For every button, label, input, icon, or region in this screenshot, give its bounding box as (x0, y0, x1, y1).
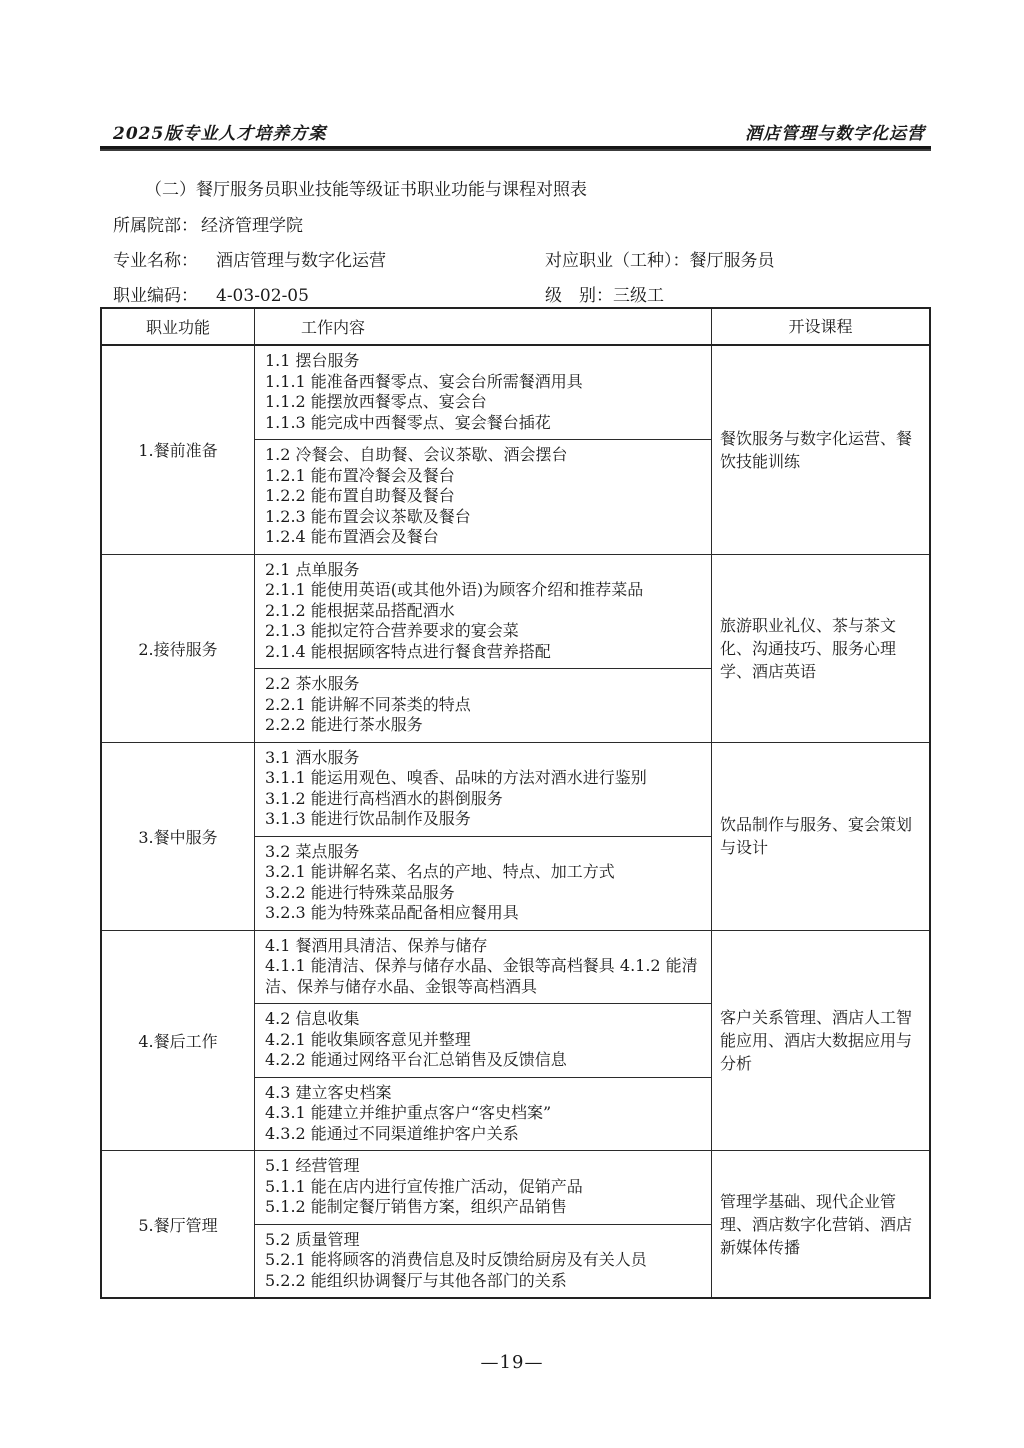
code-value: 4-03-02-05 (216, 286, 309, 306)
major-label: 专业名称： (113, 251, 198, 271)
page-number: —19— (0, 1352, 1024, 1373)
occupation-value: 餐厅服务员 (690, 251, 775, 271)
job-function-cell: 1.餐前准备 (102, 346, 255, 554)
code-label: 职业编码： (113, 286, 198, 306)
work-item: 2.2.2 能进行茶水服务 (265, 715, 701, 736)
major-value: 酒店管理与数字化运营 (216, 251, 386, 271)
meta-major-occupation: 专业名称：酒店管理与数字化运营 对应职业（工种）：餐厅服务员 (113, 246, 386, 271)
running-head-left: 2025版专业人才培养方案 (113, 119, 326, 144)
work-item: 3.1.3 能进行饮品制作及服务 (265, 809, 701, 830)
work-item: 2.1 点单服务 (265, 560, 701, 581)
header-double-rule (100, 146, 931, 151)
work-group: 4.1 餐酒用具清洁、保养与储存4.1.1 能清洁、保养与储存水晶、金银等高档餐… (255, 931, 711, 1005)
work-item: 1.1.2 能摆放西餐零点、宴会台 (265, 392, 701, 413)
department-value: 经济管理学院 (201, 216, 303, 236)
work-item: 5.1 经营管理 (265, 1156, 701, 1177)
work-item: 3.2.1 能讲解名菜、名点的产地、特点、加工方式 (265, 862, 701, 883)
work-item: 1.1 摆台服务 (265, 351, 701, 372)
work-item: 1.2 冷餐会、自助餐、会议茶歇、酒会摆台 (265, 445, 701, 466)
work-group: 3.1 酒水服务3.1.1 能运用观色、嗅香、品味的方法对酒水进行鉴别3.1.2… (255, 743, 711, 837)
work-item: 2.2 茶水服务 (265, 674, 701, 695)
job-function-cell: 4.餐后工作 (102, 931, 255, 1151)
work-item: 2.2.1 能讲解不同茶类的特点 (265, 695, 701, 716)
work-item: 4.2 信息收集 (265, 1009, 701, 1030)
work-item: 5.2 质量管理 (265, 1230, 701, 1251)
occupation-pair: 对应职业（工种）：餐厅服务员 (545, 246, 775, 271)
work-item: 2.1.3 能拟定符合营养要求的宴会菜 (265, 621, 701, 642)
table-row: 5.餐厅管理5.1 经营管理5.1.1 能在店内进行宣传推广活动，促销产品5.1… (102, 1151, 929, 1297)
table-row: 4.餐后工作4.1 餐酒用具清洁、保养与储存4.1.1 能清洁、保养与储存水晶、… (102, 931, 929, 1152)
header-work-content: 工作内容 (255, 309, 712, 344)
work-item: 2.1.2 能根据菜品搭配酒水 (265, 601, 701, 622)
courses-cell: 客户关系管理、酒店人工智能应用、酒店大数据应用与分析 (712, 931, 929, 1151)
courses-cell: 旅游职业礼仪、茶与茶文化、沟通技巧、服务心理学、酒店英语 (712, 555, 929, 742)
work-item: 1.1.1 能准备西餐零点、宴会台所需餐酒用具 (265, 372, 701, 393)
courses-cell: 餐饮服务与数字化运营、餐饮技能训练 (712, 346, 929, 554)
job-function-cell: 3.餐中服务 (102, 743, 255, 930)
work-group: 4.3 建立客史档案4.3.1 能建立并维护重点客户“客史档案”4.3.2 能通… (255, 1078, 711, 1151)
header-courses: 开设课程 (712, 309, 929, 344)
work-item: 4.1 餐酒用具清洁、保养与储存 (265, 936, 701, 957)
work-content-cell: 5.1 经营管理5.1.1 能在店内进行宣传推广活动，促销产品5.1.2 能制定… (255, 1151, 712, 1297)
work-item: 1.2.2 能布置自助餐及餐台 (265, 486, 701, 507)
courses-cell: 管理学基础、现代企业管理、酒店数字化营销、酒店新媒体传播 (712, 1151, 929, 1297)
work-item: 4.3.1 能建立并维护重点客户“客史档案” (265, 1103, 701, 1124)
work-item: 4.3.2 能通过不同渠道维护客户关系 (265, 1124, 701, 1145)
work-item: 4.2.2 能通过网络平台汇总销售及反馈信息 (265, 1050, 701, 1071)
work-item: 1.2.4 能布置酒会及餐台 (265, 527, 701, 548)
work-group: 3.2 菜点服务3.2.1 能讲解名菜、名点的产地、特点、加工方式3.2.2 能… (255, 837, 711, 930)
running-head-right: 酒店管理与数字化运营 (745, 119, 925, 144)
department-label: 所属院部： (113, 216, 198, 236)
work-item: 3.1.1 能运用观色、嗅香、品味的方法对酒水进行鉴别 (265, 768, 701, 789)
job-function-cell: 5.餐厅管理 (102, 1151, 255, 1297)
work-item: 3.2.3 能为特殊菜品配备相应餐用具 (265, 903, 701, 924)
work-item: 3.1 酒水服务 (265, 748, 701, 769)
work-item: 5.2.2 能组织协调餐厅与其他各部门的关系 (265, 1271, 701, 1292)
work-item: 3.2.2 能进行特殊菜品服务 (265, 883, 701, 904)
table-header-row: 职业功能 工作内容 开设课程 (102, 309, 929, 346)
document-page: { "page": { "header_left": "2025版专业人才培养方… (0, 0, 1024, 1448)
courses-cell: 饮品制作与服务、宴会策划与设计 (712, 743, 929, 930)
work-group: 4.2 信息收集4.2.1 能收集顾客意见并整理4.2.2 能通过网络平台汇总销… (255, 1004, 711, 1078)
meta-department: 所属院部：经济管理学院 (113, 211, 303, 236)
level-label: 级 别： (545, 286, 613, 306)
work-item: 4.2.1 能收集顾客意见并整理 (265, 1030, 701, 1051)
work-item: 5.2.1 能将顾客的消费信息及时反馈给厨房及有关人员 (265, 1250, 701, 1271)
job-function-cell: 2.接待服务 (102, 555, 255, 742)
section-title: （二）餐厅服务员职业技能等级证书职业功能与课程对照表 (145, 175, 587, 200)
work-group: 1.1 摆台服务1.1.1 能准备西餐零点、宴会台所需餐酒用具1.1.2 能摆放… (255, 346, 711, 440)
level-pair: 级 别：三级工 (545, 281, 664, 306)
work-item: 1.1.3 能完成中西餐零点、宴会餐台插花 (265, 413, 701, 434)
work-content-cell: 2.1 点单服务2.1.1 能使用英语(或其他外语)为顾客介绍和推荐菜品2.1.… (255, 555, 712, 742)
work-group: 2.2 茶水服务2.2.1 能讲解不同茶类的特点2.2.2 能进行茶水服务 (255, 669, 711, 742)
comparison-table: 职业功能 工作内容 开设课程 1.餐前准备1.1 摆台服务1.1.1 能准备西餐… (100, 307, 931, 1299)
work-item: 2.1.1 能使用英语(或其他外语)为顾客介绍和推荐菜品 (265, 580, 701, 601)
work-group: 5.1 经营管理5.1.1 能在店内进行宣传推广活动，促销产品5.1.2 能制定… (255, 1151, 711, 1225)
table-row: 3.餐中服务3.1 酒水服务3.1.1 能运用观色、嗅香、品味的方法对酒水进行鉴… (102, 743, 929, 931)
level-value: 三级工 (613, 286, 664, 306)
work-item: 3.2 菜点服务 (265, 842, 701, 863)
work-group: 2.1 点单服务2.1.1 能使用英语(或其他外语)为顾客介绍和推荐菜品2.1.… (255, 555, 711, 670)
occupation-label: 对应职业（工种）： (545, 251, 690, 271)
work-item: 1.2.1 能布置冷餐会及餐台 (265, 466, 701, 487)
table-row: 2.接待服务2.1 点单服务2.1.1 能使用英语(或其他外语)为顾客介绍和推荐… (102, 555, 929, 743)
work-item: 1.2.3 能布置会议茶歇及餐台 (265, 507, 701, 528)
table-row: 1.餐前准备1.1 摆台服务1.1.1 能准备西餐零点、宴会台所需餐酒用具1.1… (102, 346, 929, 555)
work-content-cell: 3.1 酒水服务3.1.1 能运用观色、嗅香、品味的方法对酒水进行鉴别3.1.2… (255, 743, 712, 930)
work-group: 5.2 质量管理5.2.1 能将顾客的消费信息及时反馈给厨房及有关人员5.2.2… (255, 1225, 711, 1298)
work-item: 4.3 建立客史档案 (265, 1083, 701, 1104)
work-item: 3.1.2 能进行高档酒水的斟倒服务 (265, 789, 701, 810)
header-job-function: 职业功能 (102, 309, 255, 344)
work-content-cell: 1.1 摆台服务1.1.1 能准备西餐零点、宴会台所需餐酒用具1.1.2 能摆放… (255, 346, 712, 554)
work-item: 2.1.4 能根据顾客特点进行餐食营养搭配 (265, 642, 701, 663)
work-item: 5.1.2 能制定餐厅销售方案，组织产品销售 (265, 1197, 701, 1218)
work-item: 5.1.1 能在店内进行宣传推广活动，促销产品 (265, 1177, 701, 1198)
meta-code-level: 职业编码：4-03-02-05 级 别：三级工 (113, 281, 309, 306)
work-group: 1.2 冷餐会、自助餐、会议茶歇、酒会摆台1.2.1 能布置冷餐会及餐台1.2.… (255, 440, 711, 554)
work-item: 4.1.1 能清洁、保养与储存水晶、金银等高档餐具 4.1.2 能清洁、保养与储… (265, 956, 701, 997)
work-content-cell: 4.1 餐酒用具清洁、保养与储存4.1.1 能清洁、保养与储存水晶、金银等高档餐… (255, 931, 712, 1151)
